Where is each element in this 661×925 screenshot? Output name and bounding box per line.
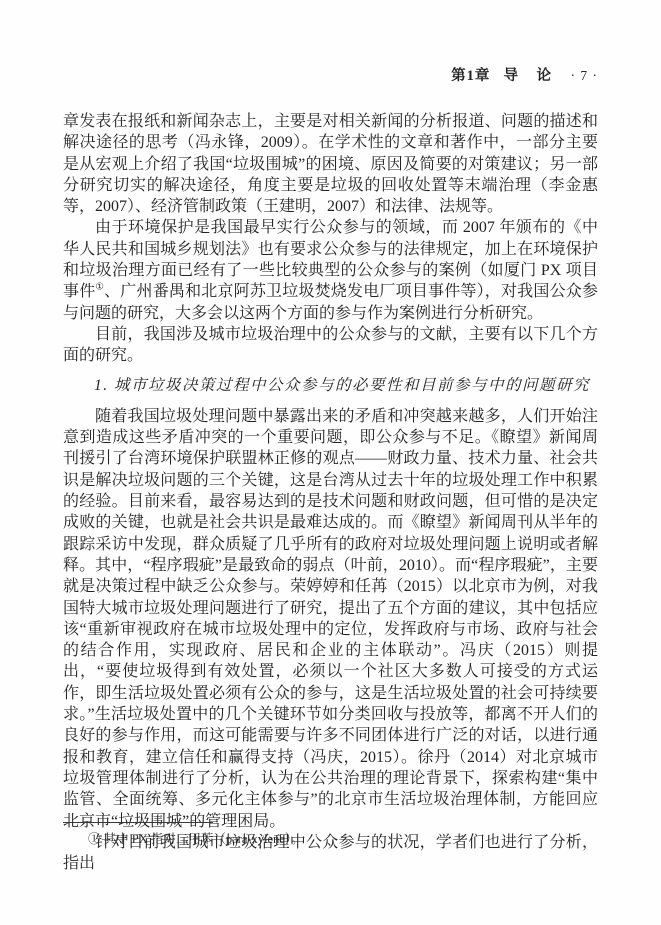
running-header: 第1章导 论· 7 ·	[63, 67, 598, 85]
footnote-area: ① 其中 PX 指对二甲苯（para-xylene）。	[63, 822, 598, 848]
footnote-reference-marker: ①	[95, 283, 104, 293]
paragraph-1: 章发表在报纸和新闻杂志上，主要是对相关新闻的分析报道、问题的描述和解决途径的思考…	[63, 111, 598, 217]
book-page: 第1章导 论· 7 · 章发表在报纸和新闻杂志上，主要是对相关新闻的分析报道、问…	[0, 0, 661, 925]
footnote: ① 其中 PX 指对二甲苯（para-xylene）。	[63, 831, 598, 848]
body-text: 章发表在报纸和新闻杂志上，主要是对相关新闻的分析报道、问题的描述和解决途径的思考…	[63, 111, 598, 874]
paragraph-2-part2: 、广州番禺和北京阿苏卫垃圾焚烧发电厂项目事件等），对我国公众参与问题的研究，大多…	[63, 283, 598, 321]
footnote-divider	[63, 822, 213, 823]
paragraph-4: 随着我国垃圾处理问题中暴露出来的矛盾和冲突越来越多，人们开始注意到造成这些矛盾冲…	[63, 406, 598, 832]
paragraph-2: 由于环境保护是我国最早实行公众参与的领域，而 2007 年颁布的《中华人民共和国…	[63, 217, 598, 323]
section-heading: 1. 城市垃圾决策过程中公众参与的必要性和目前参与中的问题研究	[63, 375, 598, 396]
chapter-title: 导 论	[503, 68, 553, 84]
chapter-label: 第1章	[451, 68, 490, 84]
paragraph-3: 目前，我国涉及城市垃圾治理中的公众参与的文献，主要有以下几个方面的研究。	[63, 324, 598, 367]
page-number: · 7 ·	[571, 68, 599, 83]
